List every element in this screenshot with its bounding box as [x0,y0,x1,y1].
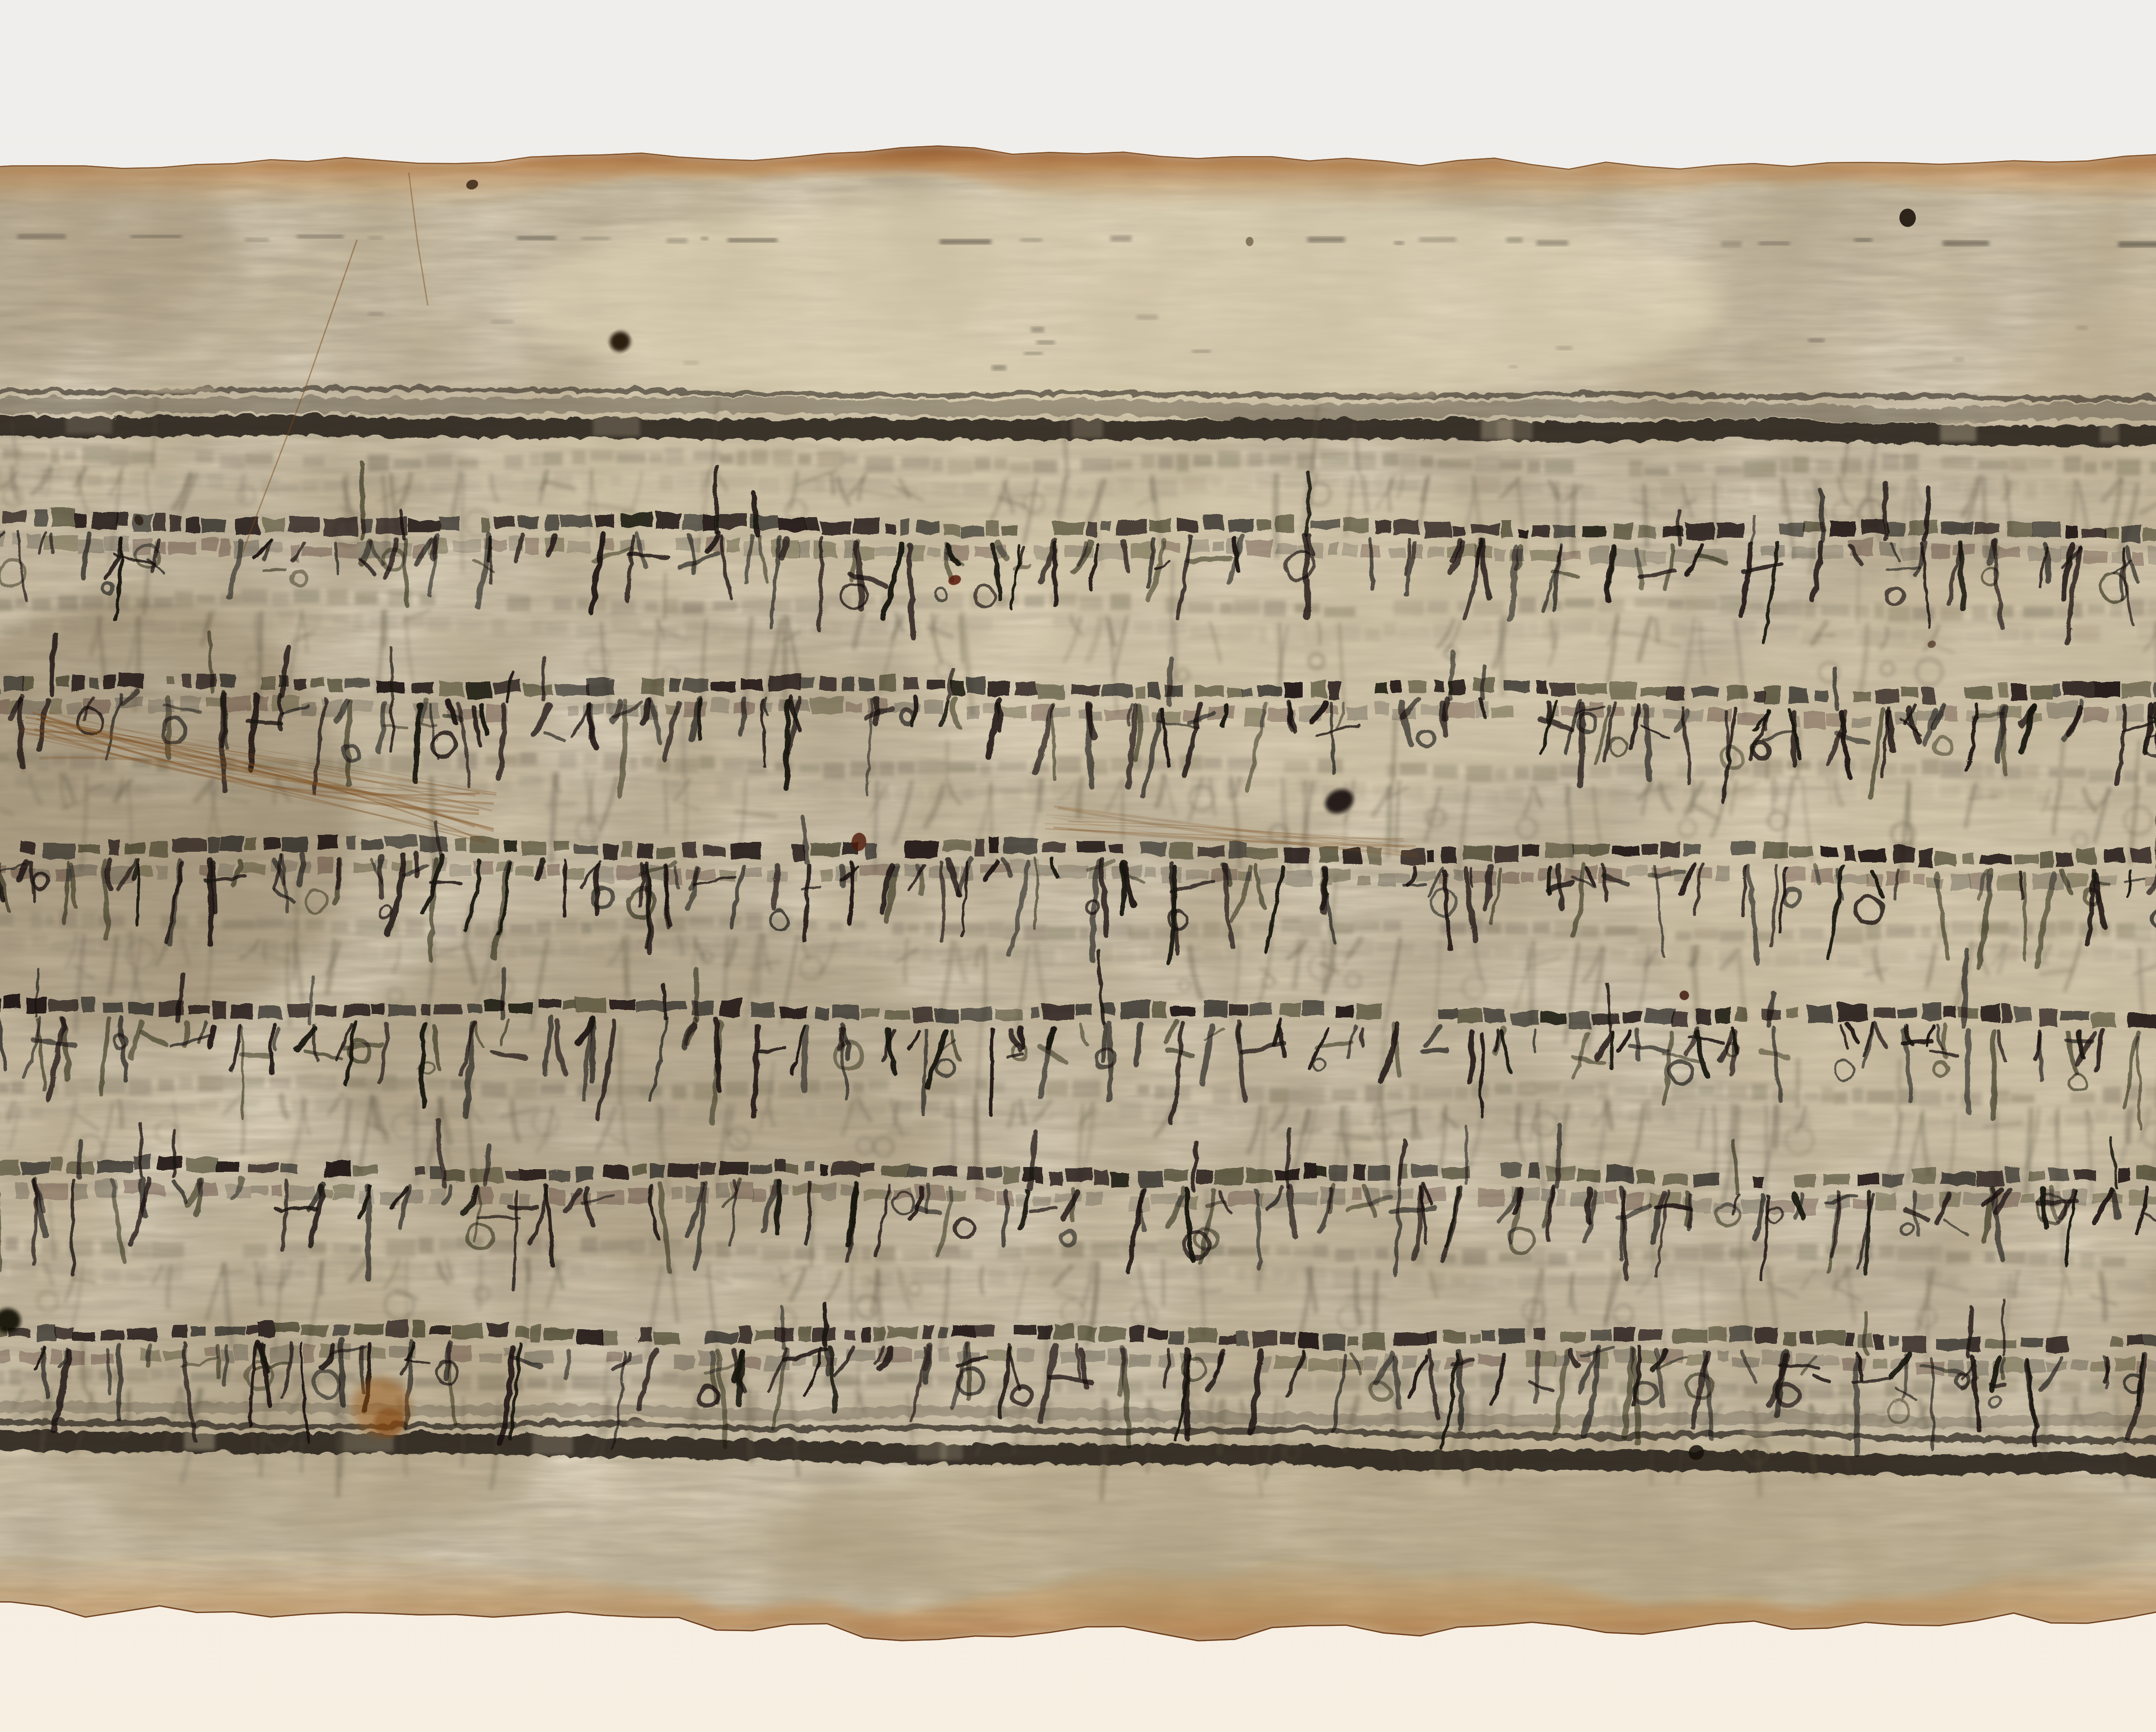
manuscript-photo [0,0,2156,1732]
manuscript-leaf [0,129,2156,1720]
manuscript-photo-canvas [0,0,2156,1732]
